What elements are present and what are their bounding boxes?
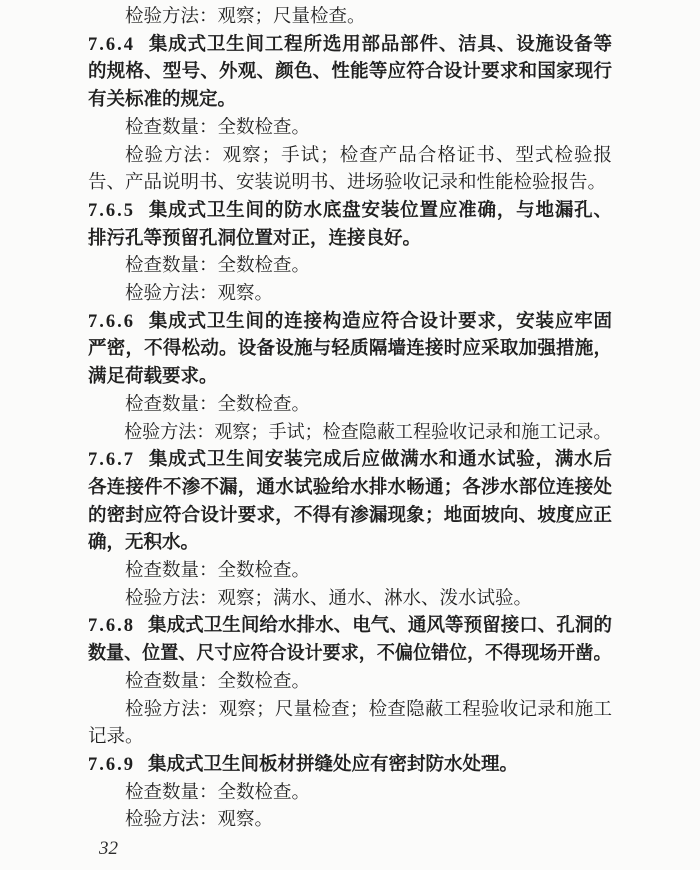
- text-line: 检验方法：观察；尺量检查。: [88, 4, 612, 32]
- clause-number: 7.6.8: [88, 616, 135, 636]
- text-line: 7.6.5集成式卫生间的防水底盘安装位置应准确，与地漏孔、: [88, 198, 612, 226]
- text-line: 检验方法：观察；满水、通水、淋水、泼水试验。: [88, 586, 612, 614]
- text-line: 检验方法：观察；尺量检查；检查隐蔽工程验收记录和施工: [88, 697, 612, 725]
- body-paragraph: 检查数量：全数检查。: [88, 780, 612, 808]
- text-line: 的密封应符合设计要求，不得有渗漏现象；地面坡向、坡度应正: [88, 503, 612, 531]
- text-line: 7.6.9集成式卫生间板材拼缝处应有密封防水处理。: [88, 752, 612, 780]
- text-line: 检查数量：全数检查。: [88, 558, 612, 586]
- clause-paragraph: 7.6.8集成式卫生间给水排水、电气、通风等预留接口、孔洞的数量、位置、尺寸应符…: [88, 613, 612, 668]
- clause-paragraph: 7.6.6集成式卫生间的连接构造应符合设计要求，安装应牢固严密，不得松动。设备设…: [88, 309, 612, 392]
- body-paragraph: 检验方法：观察；尺量检查。: [88, 4, 612, 32]
- text-line: 检查数量：全数检查。: [88, 780, 612, 808]
- text-line: 检验方法：观察。: [88, 281, 612, 309]
- text-line: 检查数量：全数检查。: [88, 669, 612, 697]
- body-paragraph: 检验方法：观察；手试；检查隐蔽工程验收记录和施工记录。: [88, 420, 612, 448]
- clause-number: 7.6.6: [88, 312, 135, 332]
- text-line: 有关标准的规定。: [88, 87, 612, 115]
- body-paragraph: 检查数量：全数检查。: [88, 115, 612, 143]
- body-paragraph: 检查数量：全数检查。: [88, 669, 612, 697]
- text-line: 7.6.6集成式卫生间的连接构造应符合设计要求，安装应牢固: [88, 309, 612, 337]
- body-paragraph: 检查数量：全数检查。: [88, 253, 612, 281]
- text-line: 排污孔等预留孔洞位置对正，连接良好。: [88, 226, 612, 254]
- text-line: 7.6.4集成式卫生间工程所选用部品部件、洁具、设施设备等: [88, 32, 612, 60]
- text-line: 满足荷载要求。: [88, 364, 612, 392]
- clause-paragraph: 7.6.5集成式卫生间的防水底盘安装位置应准确，与地漏孔、排污孔等预留孔洞位置对…: [88, 198, 612, 253]
- body-paragraph: 检查数量：全数检查。: [88, 558, 612, 586]
- text-line: 7.6.8集成式卫生间给水排水、电气、通风等预留接口、孔洞的: [88, 613, 612, 641]
- text-line: 7.6.7集成式卫生间安装完成后应做满水和通水试验，满水后: [88, 447, 612, 475]
- text-line: 检验方法：观察；手试；检查产品合格证书、型式检验报: [88, 143, 612, 171]
- clause-number: 7.6.4: [88, 35, 135, 55]
- page-number: 32: [99, 838, 118, 860]
- text-line: 检查数量：全数检查。: [88, 115, 612, 143]
- clause-number: 7.6.5: [88, 201, 135, 221]
- document-page: 检验方法：观察；尺量检查。7.6.4集成式卫生间工程所选用部品部件、洁具、设施设…: [0, 0, 700, 870]
- clause-number: 7.6.9: [88, 755, 135, 775]
- text-line: 记录。: [88, 724, 612, 752]
- text-line: 检验方法：观察。: [88, 807, 612, 835]
- text-line: 严密，不得松动。设备设施与轻质隔墙连接时应采取加强措施，: [88, 336, 612, 364]
- body-paragraph: 检查数量：全数检查。: [88, 392, 612, 420]
- text-line: 检验方法：观察；手试；检查隐蔽工程验收记录和施工记录。: [88, 420, 599, 448]
- text-line: 确，无积水。: [88, 530, 612, 558]
- text-line: 检查数量：全数检查。: [88, 392, 612, 420]
- body-paragraph: 检验方法：观察；手试；检查产品合格证书、型式检验报告、产品说明书、安装说明书、进…: [88, 143, 612, 198]
- clause-paragraph: 7.6.7集成式卫生间安装完成后应做满水和通水试验，满水后各连接件不渗不漏，通水…: [88, 447, 612, 558]
- clause-paragraph: 7.6.4集成式卫生间工程所选用部品部件、洁具、设施设备等的规格、型号、外观、颜…: [88, 32, 612, 115]
- body-paragraph: 检验方法：观察。: [88, 281, 612, 309]
- text-line: 各连接件不渗不漏，通水试验给水排水畅通；各涉水部位连接处: [88, 475, 612, 503]
- body-paragraph: 检验方法：观察。: [88, 807, 612, 835]
- text-line: 的规格、型号、外观、颜色、性能等应符合设计要求和国家现行: [88, 59, 612, 87]
- clause-number: 7.6.7: [88, 450, 135, 470]
- text-line: 数量、位置、尺寸应符合设计要求，不偏位错位，不得现场开凿。: [88, 641, 599, 669]
- body-paragraph: 检验方法：观察；满水、通水、淋水、泼水试验。: [88, 586, 612, 614]
- text-line: 检查数量：全数检查。: [88, 253, 612, 281]
- clause-paragraph: 7.6.9集成式卫生间板材拼缝处应有密封防水处理。: [88, 752, 612, 780]
- body-paragraph: 检验方法：观察；尺量检查；检查隐蔽工程验收记录和施工记录。: [88, 697, 612, 752]
- document-body: 检验方法：观察；尺量检查。7.6.4集成式卫生间工程所选用部品部件、洁具、设施设…: [88, 4, 612, 835]
- text-line: 告、产品说明书、安装说明书、进场验收记录和性能检验报告。: [88, 170, 612, 198]
